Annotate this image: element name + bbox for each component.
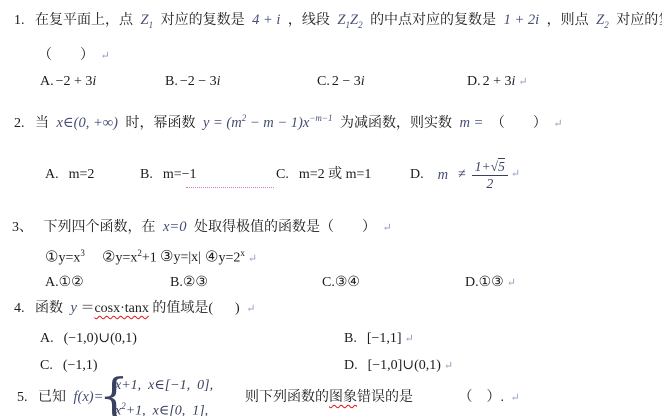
q1-option-d-i: i	[512, 74, 516, 89]
radicand: 5	[498, 158, 505, 174]
q2-option-c: C.m=2 或 m=1	[276, 166, 371, 184]
q1-math-z1z2: Z1Z2	[337, 12, 362, 28]
paragraph-mark-icon: ↵	[511, 168, 520, 182]
q5-paren: （ ）.	[459, 390, 505, 405]
q3-item-4: ④y=2x↵	[205, 248, 257, 267]
q5-piecewise-row2: x2+1, x∈[0, 1],	[115, 401, 208, 416]
q4-option-c-label: C.	[40, 358, 53, 373]
q4-math-y: y	[71, 300, 77, 316]
q2-option-a-label: A.	[45, 167, 59, 182]
q4-option-b-label: B.	[344, 331, 357, 346]
q1-option-a-value: −2 + 3	[56, 74, 93, 89]
q3-item-3-body: y=|x|	[173, 250, 201, 265]
q5-spellcheck-text: 图象	[329, 390, 357, 405]
q5-text-3: 错误的是	[357, 390, 413, 405]
q4-line: 4. 函数 y ＝cosx·tanx 的值域是() ↵	[14, 299, 255, 318]
fraction-numerator: 1+√5	[472, 159, 508, 176]
paragraph-mark-icon: ↵	[553, 118, 562, 130]
q1-answer-blank: （ ） ↵	[38, 47, 110, 65]
q4-text-1: 函数	[35, 301, 63, 316]
q2-option-d: D. m ≠ 1+√5 2 ↵	[410, 150, 520, 200]
q3-text-2: 处取得极值的函数是（ ）	[194, 220, 376, 235]
q4-text-3: )	[235, 301, 240, 316]
q4-option-b: B.[−1,1]↵	[344, 330, 414, 348]
paragraph-mark-icon: ↵	[507, 277, 516, 289]
q1-option-c-label: C.	[317, 74, 330, 89]
q1-z1z2-base2: Z	[350, 12, 358, 28]
paragraph-mark-icon: ↵	[248, 253, 257, 265]
q3-item-2-tail: +1	[142, 251, 157, 266]
paragraph-mark-icon: ↵	[405, 333, 414, 345]
q5-line: 5. 已知 f(x)=	[17, 388, 107, 407]
q1-option-d-label: D.	[467, 74, 481, 89]
q3-item-2: ②y=x2+1	[102, 248, 157, 267]
q3-option-d: D.①③↵	[465, 274, 516, 292]
q4-equals: ＝	[80, 301, 94, 316]
q3-option-c: C.③④	[322, 274, 360, 292]
q1-option-b: B.−2 − 3i	[165, 73, 221, 91]
paragraph-mark-icon: ↵	[246, 303, 255, 315]
q1-number: 1.	[14, 13, 25, 28]
q4-option-a-value: (−1,0)∪(0,1)	[64, 331, 137, 346]
q1-option-a-i: i	[92, 74, 96, 89]
paragraph-mark-icon: ↵	[444, 360, 453, 372]
q4-spellcheck-text: cosx·tanx	[94, 301, 148, 316]
q2-math-domain: x∈(0, +∞)	[57, 115, 118, 131]
q1-line1: 1. 在复平面上，点 Z1 对应的复数是 4 + i ，线段 Z1Z2 的中点对…	[14, 11, 662, 31]
q1-text-3: ，线段	[288, 13, 330, 28]
q4-option-b-value: [−1,1]	[367, 331, 402, 346]
fraction-denominator: 2	[486, 176, 493, 192]
q1-text-5: ，则点	[547, 13, 589, 28]
q2-math-m-equals: m =	[459, 115, 483, 131]
q2-option-a: A.m=2	[45, 166, 94, 184]
q1-option-b-i: i	[217, 74, 221, 89]
q5-number: 5.	[17, 390, 28, 405]
q4-option-d: D.[−1,0]∪(0,1)↵	[344, 357, 453, 375]
not-equal-sign: ≠	[458, 166, 466, 184]
q3-option-a: A.①②	[45, 274, 84, 292]
q3-item-3: ③y=|x|	[160, 248, 201, 267]
q2-text-1: 当	[35, 116, 49, 131]
q3-item-1-sup: 3	[80, 248, 85, 258]
q2-option-a-value: m=2	[69, 167, 95, 182]
q5-text-1: 已知	[38, 390, 66, 405]
radical-sign: √	[491, 159, 498, 174]
paragraph-mark-icon: ↵	[518, 76, 527, 88]
dotted-underline	[186, 186, 274, 188]
q1-option-b-value: −2 − 3	[180, 74, 217, 89]
q2-option-c-value: m=2 或 m=1	[299, 167, 372, 182]
q4-option-d-value: [−1,0]∪(0,1)	[368, 358, 441, 373]
q1-math-4-plus-i: 4 + i	[252, 12, 280, 28]
circled-2-icon: ②	[102, 250, 115, 266]
q2-options-row: A.m=2 B.m=−1 C.m=2 或 m=1 D. m ≠ 1+√5 2 ↵	[0, 150, 662, 202]
q5-piecewise-row1: x+1, x∈[−1, 0],	[115, 377, 213, 394]
q3-item-1-body: y=x	[58, 251, 80, 266]
q1-option-d: D.2 + 3i↵	[467, 73, 528, 91]
q3-line: 3、 下列四个函数，在 x=0 处取得极值的函数是（ ） ↵	[12, 218, 392, 237]
q2-option-b-label: B.	[140, 167, 153, 182]
q2-line: 2. 当 x∈(0, +∞) 时，幂函数 y = (m2 − m − 1)x−m…	[14, 113, 563, 132]
q3-number: 3、	[12, 220, 33, 235]
q2-option-c-label: C.	[276, 167, 289, 182]
q3-item-4-body: y=2	[218, 251, 240, 266]
paragraph-mark-icon: ↵	[382, 222, 391, 234]
q1-z1-base: Z	[141, 12, 149, 28]
q3-item-1: ①y=x3	[45, 248, 85, 267]
q1-z2-base: Z	[596, 12, 604, 28]
q4-option-d-label: D.	[344, 358, 358, 373]
q1-text-2: 对应的复数是	[161, 13, 245, 28]
document-page: 1. 在复平面上，点 Z1 对应的复数是 4 + i ，线段 Z1Z2 的中点对…	[0, 0, 662, 416]
q2-formula-sup2: −m−1	[309, 113, 332, 123]
q3-text-1: 下列四个函数，在	[44, 220, 156, 235]
q3-option-d-value: D.①③	[465, 275, 504, 290]
q2-option-b: B.m=−1	[140, 166, 197, 184]
q2-paren: （ ）	[491, 116, 547, 131]
q3-item-4-sup: x	[240, 248, 245, 258]
q2-text-2: 时，幂函数	[125, 116, 195, 131]
q1-option-c-value: 2 − 3	[332, 74, 361, 89]
q3-items-row: ①y=x3 ②y=x2+1 ③y=|x| ④y=2x↵	[0, 248, 662, 268]
q2-option-b-value: m=−1	[163, 167, 197, 182]
paragraph-mark-icon: ↵	[511, 392, 520, 404]
q1-text-1: 在复平面上，点	[35, 13, 133, 28]
q2-option-d-m: m	[438, 166, 448, 184]
q4-options-row1: A.(−1,0)∪(0,1) B.[−1,1]↵	[0, 330, 662, 350]
q1-z1z2-sub2: 2	[358, 20, 363, 30]
q1-option-d-value: 2 + 3	[483, 74, 512, 89]
q5-row2-tail: +1, x∈[0, 1],	[126, 404, 208, 416]
paragraph-mark-icon: ↵	[101, 50, 110, 62]
q2-text-3: 为减函数，则实数	[340, 116, 452, 131]
q1-z1-sub: 1	[149, 20, 154, 30]
q5-text-2: 则下列函数的	[245, 390, 329, 405]
q5-tail-line: 则下列函数的图象错误的是 （ ）. ↵	[245, 389, 520, 407]
q1-paren: （ ）	[38, 48, 94, 63]
q1-z2-sub: 2	[604, 20, 609, 30]
q1-math-1-plus-2i: 1 + 2i	[504, 12, 540, 28]
q1-option-a: A.−2 + 3i	[40, 73, 96, 91]
q4-option-c: C.(−1,1)	[40, 357, 98, 375]
q4-option-c-value: (−1,1)	[63, 358, 98, 373]
q1-option-a-label: A.	[40, 74, 54, 89]
circled-4-icon: ④	[205, 250, 218, 266]
q1-text-4: 的中点对应的复数是	[370, 13, 496, 28]
q3-math-x0: x=0	[163, 219, 186, 235]
q1-option-c-i: i	[361, 74, 365, 89]
q1-option-b-label: B.	[165, 74, 178, 89]
q4-number: 4.	[14, 301, 25, 316]
q4-text-2: 的值域是(	[152, 301, 213, 316]
circled-1-icon: ①	[45, 250, 58, 266]
q2-number: 2.	[14, 116, 25, 131]
circled-3-icon: ③	[160, 249, 173, 265]
q4-option-a-label: A.	[40, 331, 54, 346]
q3-item-2-body: y=x	[115, 251, 137, 266]
fraction-num-prefix: 1+	[475, 159, 491, 174]
q4-option-a: A.(−1,0)∪(0,1)	[40, 330, 137, 348]
q1-option-c: C.2 − 3i	[317, 73, 365, 91]
q1-options-row: A.−2 + 3i B.−2 − 3i C.2 − 3i D.2 + 3i↵	[0, 73, 662, 93]
q2-option-d-label: D.	[410, 166, 424, 184]
q2-formula-part1: y = (m	[203, 115, 242, 131]
q3-option-b: B.②③	[170, 274, 208, 292]
q1-math-z2: Z2	[596, 12, 609, 28]
q2-option-d-fraction: 1+√5 2	[472, 159, 508, 191]
q1-text-6: 对应的复数是	[616, 13, 662, 28]
q2-math-power-function: y = (m2 − m − 1)x−m−1	[203, 115, 333, 131]
q3-options-row: A.①② B.②③ C.③④ D.①③↵	[0, 274, 662, 294]
q1-math-z1: Z1	[141, 12, 154, 28]
q2-formula-part2: − m − 1)x	[246, 115, 309, 131]
